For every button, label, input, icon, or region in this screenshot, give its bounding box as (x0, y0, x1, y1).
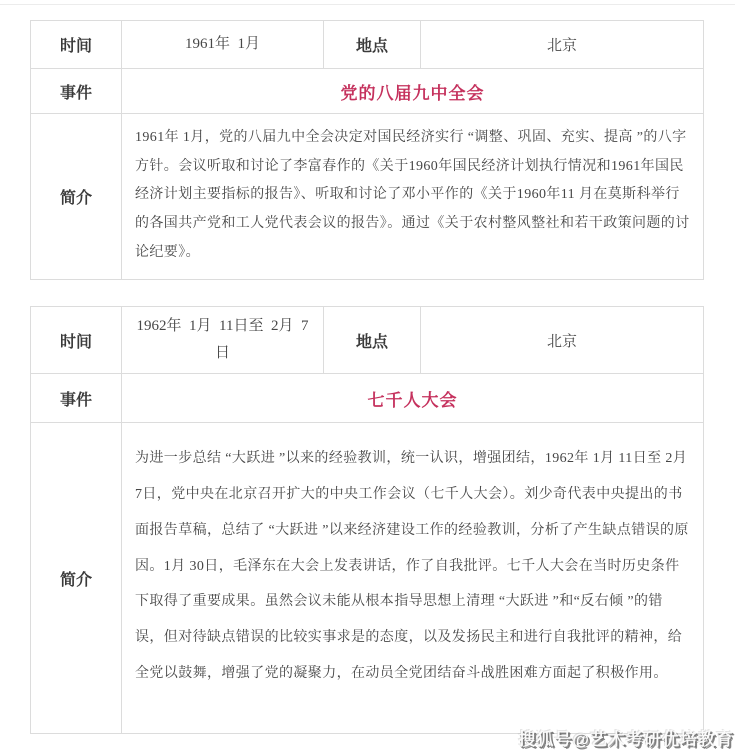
event-table-1: 时间 1961年 1月 地点 北京 事件 党的八届九中全会 简介 1961年 1… (30, 20, 704, 280)
article-content: 时间 1961年 1月 地点 北京 事件 党的八届九中全会 简介 1961年 1… (30, 20, 703, 734)
table-row: 事件 七千人大会 (31, 374, 704, 423)
time-label: 时间 (31, 21, 122, 69)
sohu-watermark: 搜狐号@艺术考研优培教育 (518, 725, 734, 750)
table-gap (30, 280, 703, 306)
intro-text: 1961年 1月，党的八届九中全会决定对国民经济实行 “调整、巩固、充实、提高 … (122, 114, 704, 280)
event-label: 事件 (31, 374, 122, 423)
table-row: 时间 1961年 1月 地点 北京 (31, 21, 704, 69)
page-top-divider (0, 4, 735, 5)
place-label: 地点 (324, 21, 421, 69)
intro-label: 简介 (31, 423, 122, 734)
table-row: 事件 党的八届九中全会 (31, 69, 704, 114)
time-value: 1961年 1月 (122, 21, 324, 69)
event-title: 党的八届九中全会 (122, 69, 704, 114)
place-label: 地点 (324, 307, 421, 374)
table-row: 简介 1961年 1月，党的八届九中全会决定对国民经济实行 “调整、巩固、充实、… (31, 114, 704, 280)
place-value: 北京 (421, 21, 704, 69)
place-value: 北京 (421, 307, 704, 374)
event-table-2: 时间 1962年 1月 11日至 2月 7日 地点 北京 事件 七千人大会 简介… (30, 306, 704, 734)
event-label: 事件 (31, 69, 122, 114)
table-row: 简介 为进一步总结 “大跃进 ”以来的经验教训，统一认识，增强团结，1962年 … (31, 423, 704, 734)
event-title: 七千人大会 (122, 374, 704, 423)
time-value: 1962年 1月 11日至 2月 7日 (122, 307, 324, 374)
intro-text: 为进一步总结 “大跃进 ”以来的经验教训，统一认识，增强团结，1962年 1月 … (122, 423, 704, 734)
table-row: 时间 1962年 1月 11日至 2月 7日 地点 北京 (31, 307, 704, 374)
time-label: 时间 (31, 307, 122, 374)
intro-label: 简介 (31, 114, 122, 280)
